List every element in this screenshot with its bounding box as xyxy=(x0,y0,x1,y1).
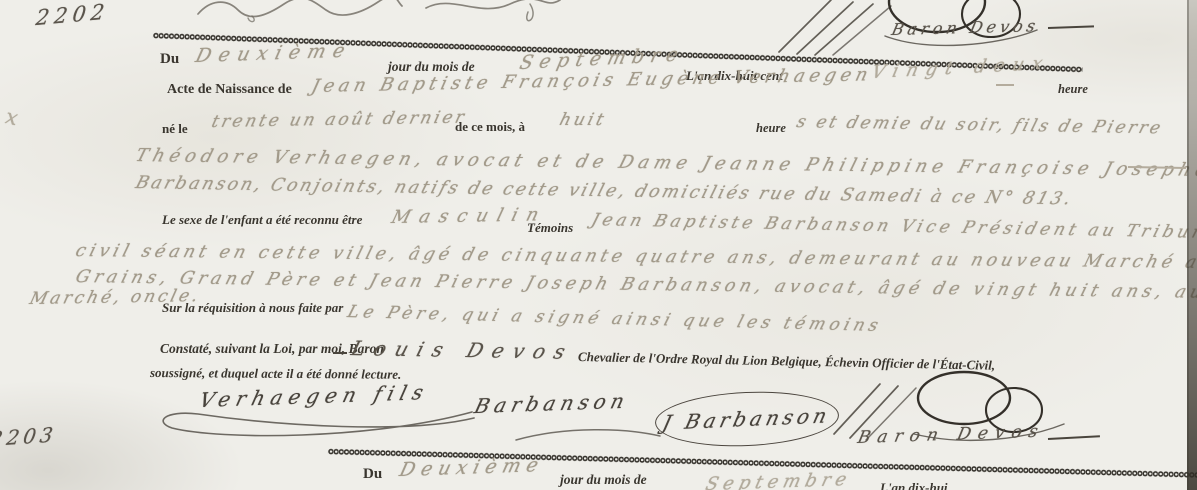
form-label-acte-naissance: Acte de Naissance de xyxy=(167,82,292,98)
form-label-de-ce-mois: de ce mois, à xyxy=(455,119,525,135)
cutoff-handwriting-fragment xyxy=(192,0,407,26)
entry-officer-name: Louis Devos xyxy=(349,336,578,364)
entry-witness-1: Jean Baptiste Barbanson Vice Président a… xyxy=(589,210,1197,243)
entry-birth-date: trente un août dernier xyxy=(209,108,468,133)
form-label-heure-2: heure xyxy=(756,121,786,136)
form-label-du: Du xyxy=(160,51,179,68)
form-label-chevalier: Chevalier de l'Ordre Royal du Lion Belgi… xyxy=(578,349,995,374)
entry-birth-hour: huit xyxy=(557,110,609,130)
entry-day: Deuxième xyxy=(397,454,546,481)
ink-dash xyxy=(996,84,1014,86)
previous-officer-signature: Baron Devos xyxy=(890,16,1041,39)
entry-day: Deuxième xyxy=(193,39,354,67)
signature-flourish xyxy=(150,404,480,446)
entry-witness-2: civil séant en cette ville, âgé de cinqu… xyxy=(73,241,1197,273)
ink-dash xyxy=(333,352,347,354)
form-label-heure: heure xyxy=(1058,82,1088,97)
entry-birth-detail: s et demie du soir, fils de Pierre xyxy=(794,112,1165,138)
form-label-jour-du-mois: jour du mois de xyxy=(560,472,647,488)
record-number: 2203 xyxy=(0,422,58,451)
civil-register-scan: Baron Devos 2202 x Du Deuxième jour du m… xyxy=(0,0,1197,490)
entry-parents-2: Barbanson, Conjoints, natifs de cette vi… xyxy=(133,173,1075,209)
form-label-requisition: Sur la réquisition à nous faite par xyxy=(162,300,343,316)
form-label-soussigne: soussigné, et duquel acte il a été donné… xyxy=(150,365,401,383)
form-label-an-partial: L'an dix-hui xyxy=(880,480,948,490)
form-label-ne-le: né le xyxy=(162,121,188,137)
entry-month: Septembre xyxy=(703,469,853,490)
form-label-du: Du xyxy=(363,466,382,483)
signature-dash xyxy=(1048,25,1094,29)
signature-grandfather: Barbanson xyxy=(472,389,632,419)
entry-requisition: Le Père, qui a signé ainsi que les témoi… xyxy=(345,302,885,336)
signature-uncle: J Barbanson xyxy=(660,403,833,435)
form-label-temoins: Témoins xyxy=(527,220,573,236)
pencil-mark: x xyxy=(4,104,21,130)
entry-witness-3: Grains, Grand Père et Jean Pierre Joseph… xyxy=(73,267,1197,303)
page-edge-line xyxy=(1187,0,1189,490)
signature-flourish xyxy=(508,424,668,448)
signature-uncle-oval: J Barbanson xyxy=(654,388,840,450)
record-number: 2202 xyxy=(35,0,111,30)
cutoff-handwriting-fragment xyxy=(418,0,568,30)
form-label-sexe: Le sexe de l'enfant a été reconnu être xyxy=(162,212,362,228)
entry-sex: Masculin xyxy=(389,204,550,228)
